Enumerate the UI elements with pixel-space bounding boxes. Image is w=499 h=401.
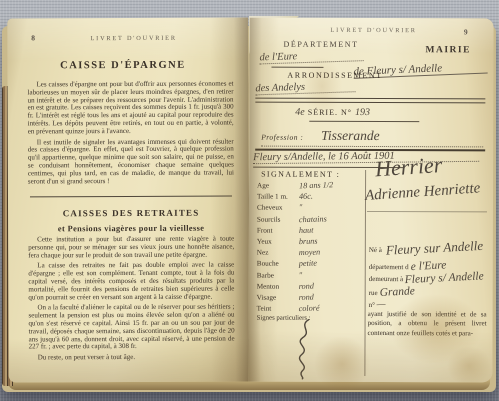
savings-paragraph: Il est inutile de signaler les avantages… (28, 138, 234, 186)
street-number-line: n° — (369, 299, 386, 310)
arrondissement-label: ARRONDISSEMENT (287, 71, 382, 80)
savings-section-title: CAISSE D'ÉPARGNE (7, 62, 238, 71)
street-number-value-handwritten: — (376, 299, 385, 310)
left-page-number: 8 (31, 34, 35, 42)
department-value-handwritten: de l'Eure (259, 49, 363, 64)
signalement-fields: Age18 ans 1/2 Taille 1 m.46c. Cheveux″ S… (257, 181, 364, 327)
residence-label: demeurant à (369, 275, 403, 283)
mairie-label: MAIRIE (426, 45, 471, 55)
signalement-row-sourcils: Sourcilschatains (257, 214, 363, 226)
residence-value-handwritten: Fleury s/ Andelle (405, 270, 484, 286)
department-label: DÉPARTEMENT (284, 40, 359, 49)
signalement-row-bouche: Bouchepetite (257, 259, 363, 271)
born-at-label: Né à (369, 246, 382, 254)
serie-underline (309, 121, 419, 122)
name-underline (367, 211, 487, 212)
short-rule (271, 67, 323, 68)
double-rule (255, 98, 485, 104)
section-divider-rule (30, 196, 232, 198)
signalement-row-visage: Visagerond (257, 292, 363, 304)
right-page: LIVRET D'OUVRIER 9 DÉPARTEMENT de l'Eure… (248, 18, 493, 383)
signalement-title: SIGNALEMENT : (261, 170, 340, 179)
place-date-handwritten: Fleury s/Andelle, le 16 Août 1901 (253, 150, 479, 164)
holder-firstnames-handwritten: Adrienne Henriette (365, 180, 481, 205)
pensions-paragraph: On a la faculté d'aliéner le capital ou … (28, 304, 234, 352)
signalement-row-cheveux: Cheveux″ (257, 203, 363, 215)
pensions-paragraph: Du reste, on peut verser à tout âge. (29, 354, 235, 363)
signalement-row-age: Age18 ans 1/2 (257, 181, 363, 193)
arrondissement-value-handwritten: des Andelys (255, 80, 355, 95)
right-running-title: LIVRET D'OUVRIER (316, 27, 432, 34)
serie-prefix-handwritten: 4e (295, 107, 304, 118)
street-label: rue (369, 289, 378, 297)
left-page-header: 8 LIVRET D'OUVRIER (31, 34, 232, 44)
signalement-row-front: Fronthaut (257, 225, 363, 237)
right-page-number: 9 (464, 27, 468, 36)
left-running-title: LIVRET D'OUVRIER (35, 35, 232, 44)
left-page: 8 LIVRET D'OUVRIER CAISSE D'ÉPARGNE Les … (7, 17, 250, 382)
signalement-row-nez: Nezmoyen (257, 248, 363, 260)
profession-line: Profession : Tisserande (261, 128, 483, 148)
born-at-value-handwritten: Fleury sur Andelle (386, 238, 484, 259)
street-line: rue Grande (369, 286, 415, 298)
birth-department-label: département d (369, 263, 409, 271)
pensions-paragraph: La caisse des retraites ne fait pas doub… (28, 262, 234, 302)
street-number-label: n° (369, 301, 375, 309)
photo-of-open-booklet: 8 LIVRET D'OUVRIER CAISSE D'ÉPARGNE Les … (0, 0, 499, 401)
profession-label: Profession : (261, 133, 303, 142)
certification-paragraph: ayant justifié de son identité et de sa … (368, 310, 487, 338)
birth-department-line: département de l'Eure (369, 260, 446, 272)
pen-flourish-mark (294, 318, 316, 380)
signalement-row-teint: Teintcoloré (257, 304, 363, 316)
residence-line: demeurant à Fleury s/ Andelle (369, 272, 484, 284)
serie-number-handwritten: 193 (355, 107, 370, 118)
left-page-body: Les caisses d'épargne ont pour but d'off… (27, 78, 234, 363)
pensions-paragraph: Cette institution a pour but d'assurer u… (28, 235, 234, 259)
signalement-row-menton: Mentonrond (257, 281, 363, 293)
signalement-row-barbe: Barbe″ (257, 270, 363, 282)
signalement-row-yeux: Yeuxbruns (257, 237, 363, 249)
pensions-section-title: CAISSES DES RETRAITES (28, 210, 234, 219)
holder-surname-handwritten: Herrier (374, 152, 443, 182)
born-at-line: Né àFleury sur Andelle (369, 240, 483, 256)
signalement-row-taille: Taille 1 m.46c. (257, 192, 363, 204)
savings-paragraph: Les caisses d'épargne ont pour but d'off… (27, 81, 233, 136)
serie-line: 4e SÉRIE. N° 193 (295, 107, 370, 118)
birth-department-value-handwritten: e l'Eure (410, 259, 446, 273)
livret-ouvrier-book: 8 LIVRET D'OUVRIER CAISSE D'ÉPARGNE Les … (2, 16, 496, 392)
serie-label: SÉRIE. N° (308, 108, 352, 117)
street-value-handwritten: Grande (379, 285, 415, 299)
profession-value-handwritten: Tisserande (321, 128, 380, 143)
pensions-section-subtitle: et Pensions viagères pour la vieillesse (28, 225, 234, 234)
